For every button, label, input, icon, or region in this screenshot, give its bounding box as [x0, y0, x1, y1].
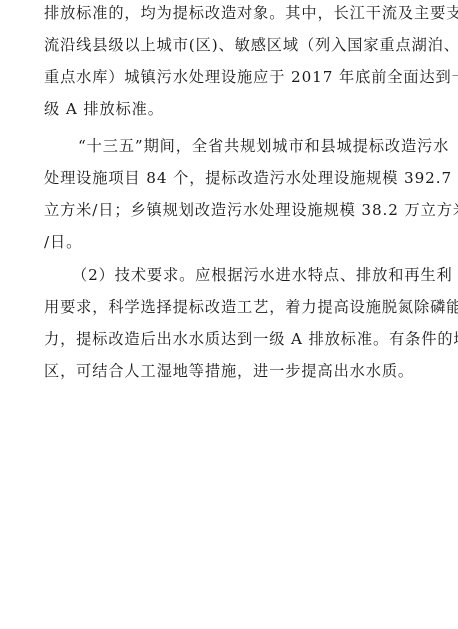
- text-line: （2）技术要求。应根据污水进水特点、排放和再生利: [72, 266, 453, 284]
- text-line: 用要求，科学选择提标改造工艺，着力提高设施脱氮除磷能: [44, 298, 458, 316]
- document-page: 排放标准的，均为提标改造对象。其中，长江干流及主要支 流沿线县级以上城市(区)、…: [0, 0, 458, 629]
- text-line: 级 A 排放标准。: [44, 100, 164, 118]
- text-line: /日。: [44, 233, 82, 251]
- text-line: 区，可结合人工湿地等措施，进一步提高出水水质。: [44, 362, 414, 380]
- text-line: 流沿线县级以上城市(区)、敏感区域（列入国家重点湖泊、: [44, 36, 458, 54]
- text-line: 排放标准的，均为提标改造对象。其中，长江干流及主要支: [44, 4, 458, 22]
- text-line: 力，提标改造后出水水质达到一级 A 排放标准。有条件的地: [44, 330, 458, 348]
- text-line: 立方米/日；乡镇规划改造污水处理设施规模 38.2 万立方米: [44, 201, 458, 219]
- text-line: 重点水库）城镇污水处理设施应于 2017 年底前全面达到一: [44, 68, 458, 86]
- text-line: 处理设施项目 84 个，提标改造污水处理设施规模 392.7 万: [44, 169, 458, 187]
- text-line: “十三五”期间，全省共规划城市和县城提标改造污水: [78, 137, 449, 155]
